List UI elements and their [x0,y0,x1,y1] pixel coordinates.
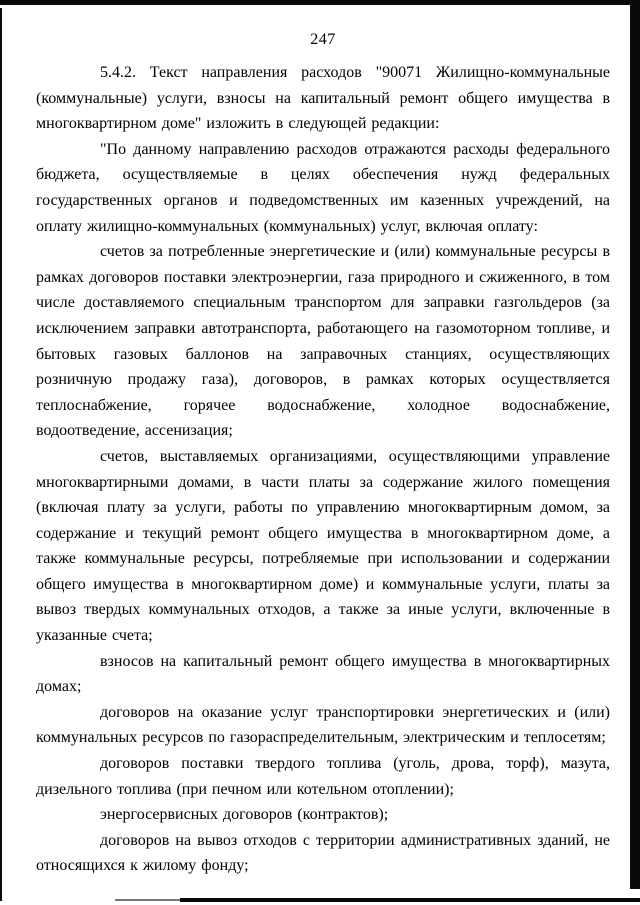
paragraph: договоров на оказание услуг транспортиро… [36,700,610,751]
paragraph: 5.4.2. Текст направления расходов "90071… [36,60,610,137]
page-number: 247 [36,30,610,50]
page-content: 247 5.4.2. Текст направления расходов "9… [36,30,610,879]
paragraph: договоров на вывоз отходов с территории … [36,828,610,879]
document-body: 5.4.2. Текст направления расходов "90071… [36,60,610,879]
paragraph: счетов за потребленные энергетические и … [36,239,610,444]
scan-edge-bottom [180,898,640,902]
scan-edge-bottom-faint [115,899,185,901]
scanned-document-page: { "page_number": "247", "colors": { "bac… [0,0,640,905]
paragraph: договоров поставки твердого топлива (уго… [36,751,610,802]
paragraph: счетов, выставляемых организациями, осущ… [36,444,610,649]
scan-edge-left [0,8,2,901]
scan-edge-top [0,0,640,5]
scan-edge-right [630,4,640,889]
paragraph: "По данному направлению расходов отражаю… [36,137,610,239]
paragraph: энергосервисных договоров (контрактов); [36,802,610,828]
paragraph: взносов на капитальный ремонт общего иму… [36,649,610,700]
